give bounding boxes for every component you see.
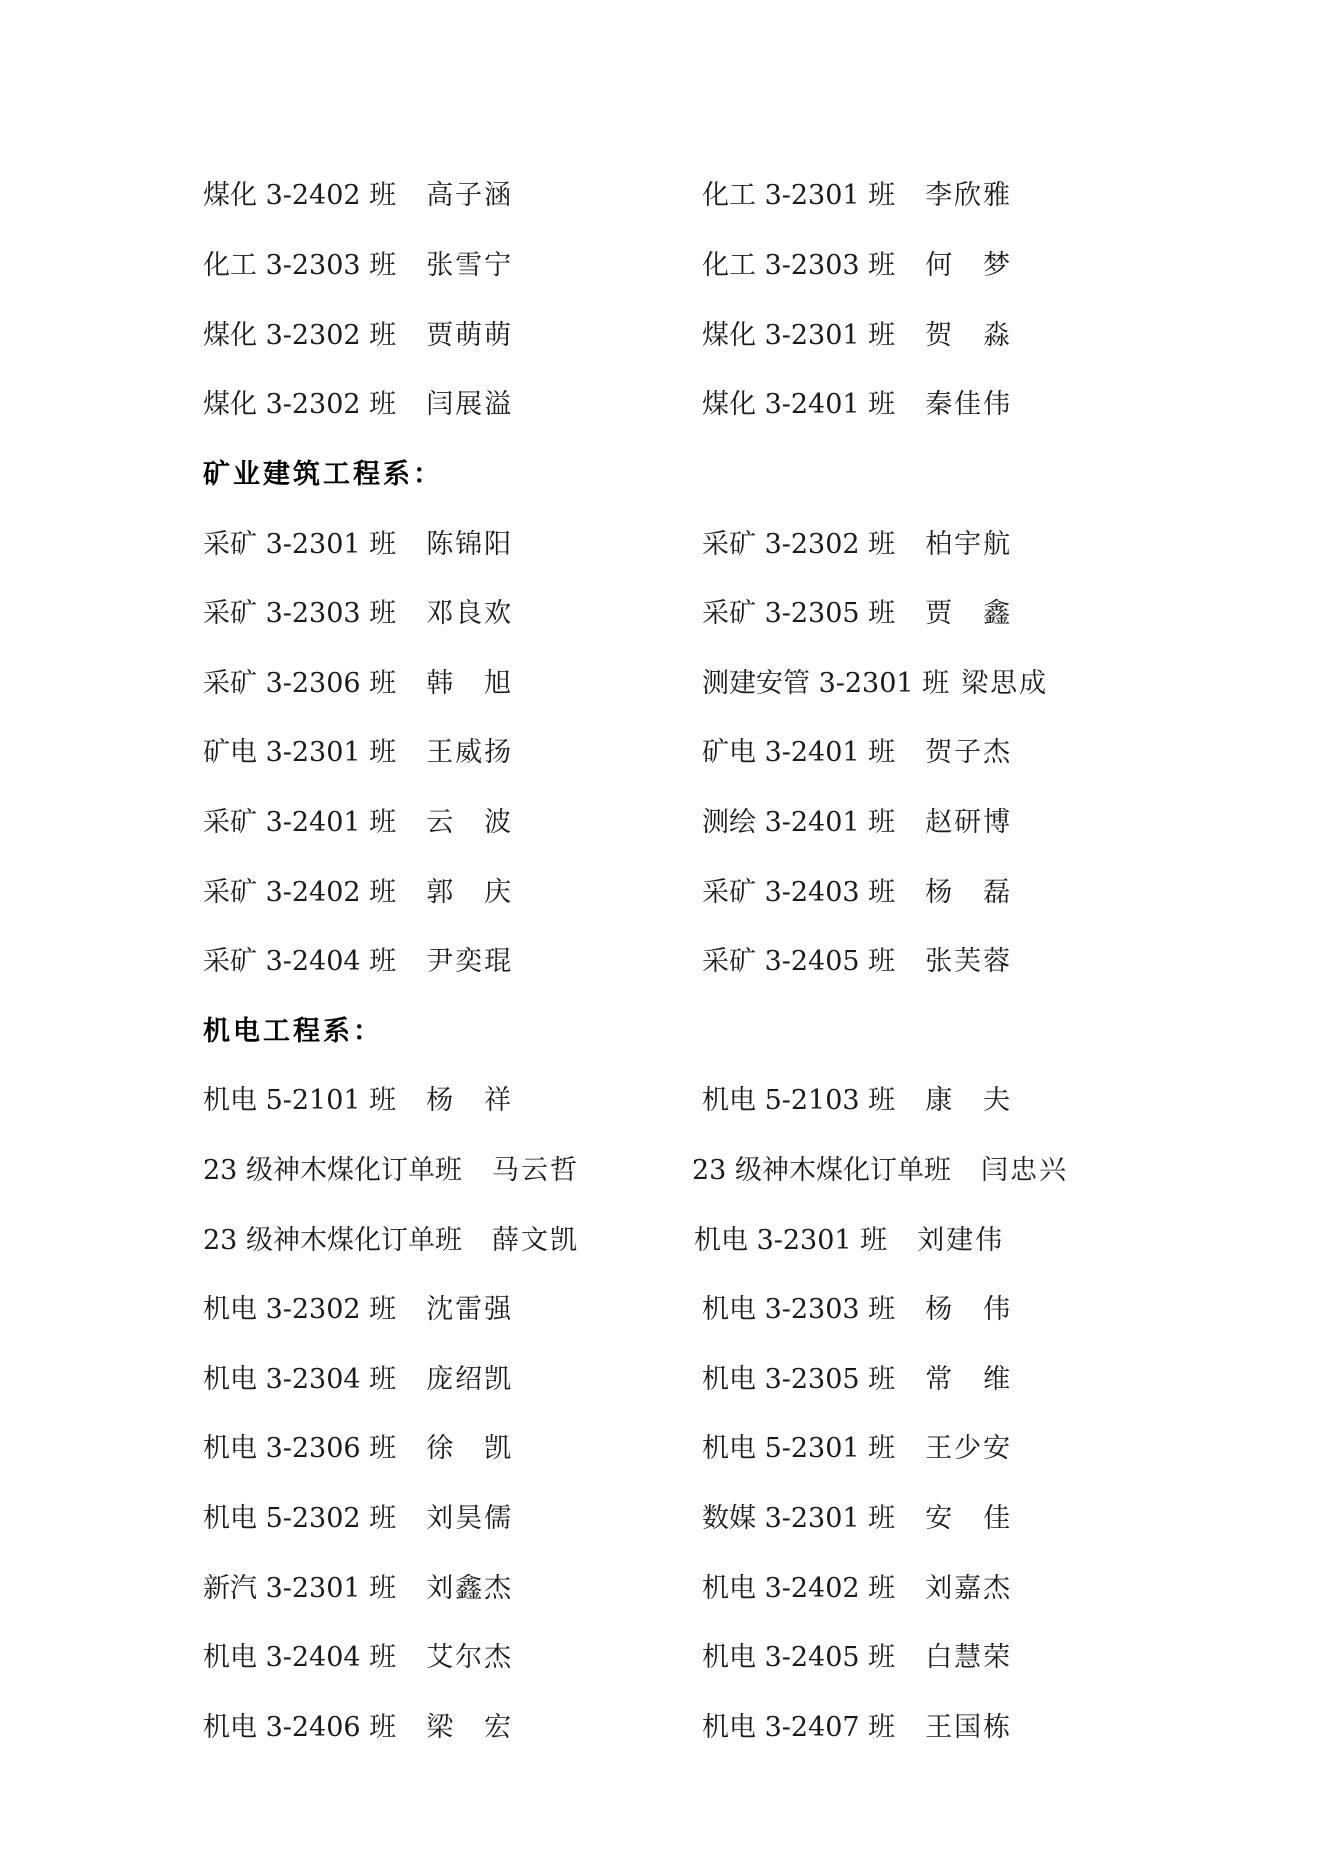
list-row: 机电 5-2101 班杨 祥 机电 5-2103 班康 夫 xyxy=(0,1081,1322,1121)
entry-right: 数媒 3-2301 班安 佳 xyxy=(702,1499,1012,1539)
class-name: 数媒 3-2301 班 xyxy=(702,1499,895,1539)
student-name: 尹奕琨 xyxy=(426,942,513,982)
class-name: 机电 3-2402 班 xyxy=(702,1569,895,1609)
class-name: 机电 3-2305 班 xyxy=(702,1360,895,1400)
student-name: 柏宇航 xyxy=(925,525,1012,565)
entry-left: 采矿 3-2404 班尹奕琨 xyxy=(203,942,513,982)
student-name: 安 佳 xyxy=(925,1499,1012,1539)
student-name: 白慧荣 xyxy=(925,1638,1012,1678)
entry-left: 矿电 3-2301 班王威扬 xyxy=(203,733,513,773)
entry-right: 机电 5-2301 班王少安 xyxy=(702,1429,1012,1469)
student-name: 张雪宁 xyxy=(426,246,513,286)
document-page: 煤化 3-2402 班高子涵 化工 3-2301 班李欣雅 化工 3-2303 … xyxy=(0,0,1322,1871)
student-name: 陈锦阳 xyxy=(426,525,513,565)
class-name: 机电 5-2101 班 xyxy=(203,1081,396,1121)
list-row: 采矿 3-2401 班云 波 测绘 3-2401 班赵研博 xyxy=(0,803,1322,843)
student-name: 杨 伟 xyxy=(925,1290,1012,1330)
entry-right: 采矿 3-2405 班张芙蓉 xyxy=(702,942,1012,982)
entry-left: 采矿 3-2402 班郭 庆 xyxy=(203,873,513,913)
entry-right: 测绘 3-2401 班赵研博 xyxy=(702,803,1012,843)
class-name: 化工 3-2301 班 xyxy=(702,176,895,216)
list-row: 采矿 3-2301 班陈锦阳 采矿 3-2302 班柏宇航 xyxy=(0,525,1322,565)
student-name: 刘鑫杰 xyxy=(426,1569,513,1609)
class-name: 机电 3-2406 班 xyxy=(203,1708,396,1748)
entry-right: 机电 3-2407 班王国栋 xyxy=(702,1708,1012,1748)
student-name: 刘嘉杰 xyxy=(925,1569,1012,1609)
class-name: 煤化 3-2402 班 xyxy=(203,176,396,216)
class-name: 机电 3-2404 班 xyxy=(203,1638,396,1678)
class-name: 煤化 3-2302 班 xyxy=(203,316,396,356)
list-row: 23 级神木煤化订单班马云哲 23 级神木煤化订单班闫忠兴 xyxy=(0,1151,1322,1191)
student-name: 张芙蓉 xyxy=(925,942,1012,982)
student-name: 杨 磊 xyxy=(925,873,1012,913)
student-name: 闫忠兴 xyxy=(981,1151,1068,1191)
class-name: 化工 3-2303 班 xyxy=(702,246,895,286)
student-name: 刘昊儒 xyxy=(426,1499,513,1539)
class-name: 测建安管 3-2301 班 xyxy=(702,664,949,704)
class-name: 机电 3-2303 班 xyxy=(702,1290,895,1330)
class-name: 矿电 3-2301 班 xyxy=(203,733,396,773)
entry-right: 测建安管 3-2301 班梁思成 xyxy=(702,664,1048,704)
entry-left: 煤化 3-2302 班贾萌萌 xyxy=(203,316,513,356)
student-name: 秦佳伟 xyxy=(925,385,1012,425)
student-name: 王威扬 xyxy=(426,733,513,773)
student-name: 云 波 xyxy=(426,803,513,843)
student-name: 郭 庆 xyxy=(426,873,513,913)
entry-left: 煤化 3-2302 班闫展溢 xyxy=(203,385,513,425)
class-name: 测绘 3-2401 班 xyxy=(702,803,895,843)
entry-left: 新汽 3-2301 班刘鑫杰 xyxy=(203,1569,513,1609)
entry-right: 23 级神木煤化订单班闫忠兴 xyxy=(692,1151,1068,1191)
entry-right: 化工 3-2301 班李欣雅 xyxy=(702,176,1012,216)
list-row: 煤化 3-2302 班闫展溢 煤化 3-2401 班秦佳伟 xyxy=(0,385,1322,425)
list-row: 机电 3-2306 班徐 凯 机电 5-2301 班王少安 xyxy=(0,1429,1322,1469)
entry-right: 机电 3-2301 班刘建伟 xyxy=(694,1221,1004,1261)
entry-right: 机电 3-2303 班杨 伟 xyxy=(702,1290,1012,1330)
class-name: 新汽 3-2301 班 xyxy=(203,1569,396,1609)
student-name: 王少安 xyxy=(925,1429,1012,1469)
list-row: 23 级神木煤化订单班薛文凯 机电 3-2301 班刘建伟 xyxy=(0,1221,1322,1261)
class-name: 机电 3-2407 班 xyxy=(702,1708,895,1748)
entry-left: 煤化 3-2402 班高子涵 xyxy=(203,176,513,216)
list-row: 机电 3-2302 班沈雷强 机电 3-2303 班杨 伟 xyxy=(0,1290,1322,1330)
class-name: 采矿 3-2404 班 xyxy=(203,942,396,982)
class-name: 采矿 3-2405 班 xyxy=(702,942,895,982)
class-name: 机电 5-2302 班 xyxy=(203,1499,396,1539)
student-name: 韩 旭 xyxy=(426,664,513,704)
class-name: 采矿 3-2305 班 xyxy=(702,594,895,634)
list-row: 采矿 3-2404 班尹奕琨 采矿 3-2405 班张芙蓉 xyxy=(0,942,1322,982)
class-name: 采矿 3-2302 班 xyxy=(702,525,895,565)
entry-right: 机电 5-2103 班康 夫 xyxy=(702,1081,1012,1121)
entry-left: 机电 5-2302 班刘昊儒 xyxy=(203,1499,513,1539)
section-heading-electromechanical: 机电工程系： xyxy=(203,1012,383,1052)
class-name: 机电 3-2405 班 xyxy=(702,1638,895,1678)
class-name: 23 级神木煤化订单班 xyxy=(203,1151,462,1191)
student-name: 庞绍凯 xyxy=(426,1360,513,1400)
list-row: 机电 3-2404 班艾尔杰 机电 3-2405 班白慧荣 xyxy=(0,1638,1322,1678)
list-row: 机电 3-2406 班梁 宏 机电 3-2407 班王国栋 xyxy=(0,1708,1322,1748)
list-row: 机电 3-2304 班庞绍凯 机电 3-2305 班常 维 xyxy=(0,1360,1322,1400)
entry-right: 矿电 3-2401 班贺子杰 xyxy=(702,733,1012,773)
entry-left: 机电 3-2302 班沈雷强 xyxy=(203,1290,513,1330)
class-name: 煤化 3-2401 班 xyxy=(702,385,895,425)
student-name: 王国栋 xyxy=(925,1708,1012,1748)
class-name: 23 级神木煤化订单班 xyxy=(203,1221,462,1261)
student-name: 马云哲 xyxy=(492,1151,579,1191)
class-name: 机电 3-2306 班 xyxy=(203,1429,396,1469)
student-name: 梁思成 xyxy=(961,664,1048,704)
entry-left: 23 级神木煤化订单班薛文凯 xyxy=(203,1221,579,1261)
list-row: 采矿 3-2303 班邓良欢 采矿 3-2305 班贾 鑫 xyxy=(0,594,1322,634)
class-name: 采矿 3-2303 班 xyxy=(203,594,396,634)
entry-right: 采矿 3-2302 班柏宇航 xyxy=(702,525,1012,565)
student-name: 康 夫 xyxy=(925,1081,1012,1121)
list-row: 新汽 3-2301 班刘鑫杰 机电 3-2402 班刘嘉杰 xyxy=(0,1569,1322,1609)
class-name: 采矿 3-2301 班 xyxy=(203,525,396,565)
entry-right: 煤化 3-2301 班贺 淼 xyxy=(702,316,1012,356)
student-name: 贾萌萌 xyxy=(426,316,513,356)
list-row: 化工 3-2303 班张雪宁 化工 3-2303 班何 梦 xyxy=(0,246,1322,286)
list-row: 煤化 3-2402 班高子涵 化工 3-2301 班李欣雅 xyxy=(0,176,1322,216)
class-name: 化工 3-2303 班 xyxy=(203,246,396,286)
student-name: 贺子杰 xyxy=(925,733,1012,773)
list-row: 煤化 3-2302 班贾萌萌 煤化 3-2301 班贺 淼 xyxy=(0,316,1322,356)
entry-left: 采矿 3-2401 班云 波 xyxy=(203,803,513,843)
class-name: 23 级神木煤化订单班 xyxy=(692,1151,951,1191)
student-name: 杨 祥 xyxy=(426,1081,513,1121)
student-name: 梁 宏 xyxy=(426,1708,513,1748)
entry-right: 化工 3-2303 班何 梦 xyxy=(702,246,1012,286)
student-name: 薛文凯 xyxy=(492,1221,579,1261)
entry-right: 采矿 3-2305 班贾 鑫 xyxy=(702,594,1012,634)
class-name: 采矿 3-2403 班 xyxy=(702,873,895,913)
student-name: 邓良欢 xyxy=(426,594,513,634)
student-name: 何 梦 xyxy=(925,246,1012,286)
class-name: 机电 5-2301 班 xyxy=(702,1429,895,1469)
entry-left: 机电 3-2406 班梁 宏 xyxy=(203,1708,513,1748)
student-name: 常 维 xyxy=(925,1360,1012,1400)
student-name: 沈雷强 xyxy=(426,1290,513,1330)
entry-left: 采矿 3-2301 班陈锦阳 xyxy=(203,525,513,565)
student-name: 贺 淼 xyxy=(925,316,1012,356)
list-row: 采矿 3-2306 班韩 旭 测建安管 3-2301 班梁思成 xyxy=(0,664,1322,704)
entry-right: 机电 3-2402 班刘嘉杰 xyxy=(702,1569,1012,1609)
class-name: 机电 3-2302 班 xyxy=(203,1290,396,1330)
entry-left: 23 级神木煤化订单班马云哲 xyxy=(203,1151,579,1191)
entry-left: 机电 3-2404 班艾尔杰 xyxy=(203,1638,513,1678)
list-row: 采矿 3-2402 班郭 庆 采矿 3-2403 班杨 磊 xyxy=(0,873,1322,913)
student-name: 高子涵 xyxy=(426,176,513,216)
class-name: 煤化 3-2301 班 xyxy=(702,316,895,356)
student-name: 赵研博 xyxy=(925,803,1012,843)
entry-right: 机电 3-2405 班白慧荣 xyxy=(702,1638,1012,1678)
class-name: 采矿 3-2306 班 xyxy=(203,664,396,704)
entry-left: 机电 3-2306 班徐 凯 xyxy=(203,1429,513,1469)
class-name: 矿电 3-2401 班 xyxy=(702,733,895,773)
student-name: 李欣雅 xyxy=(925,176,1012,216)
class-name: 机电 3-2304 班 xyxy=(203,1360,396,1400)
student-name: 刘建伟 xyxy=(917,1221,1004,1261)
student-name: 贾 鑫 xyxy=(925,594,1012,634)
entry-right: 采矿 3-2403 班杨 磊 xyxy=(702,873,1012,913)
class-name: 采矿 3-2401 班 xyxy=(203,803,396,843)
list-row: 机电 5-2302 班刘昊儒 数媒 3-2301 班安 佳 xyxy=(0,1499,1322,1539)
student-name: 徐 凯 xyxy=(426,1429,513,1469)
entry-left: 采矿 3-2306 班韩 旭 xyxy=(203,664,513,704)
class-name: 煤化 3-2302 班 xyxy=(203,385,396,425)
list-row: 矿电 3-2301 班王威扬 矿电 3-2401 班贺子杰 xyxy=(0,733,1322,773)
entry-left: 化工 3-2303 班张雪宁 xyxy=(203,246,513,286)
entry-right: 机电 3-2305 班常 维 xyxy=(702,1360,1012,1400)
entry-left: 采矿 3-2303 班邓良欢 xyxy=(203,594,513,634)
section-heading-mining: 矿业建筑工程系： xyxy=(203,455,443,495)
student-name: 艾尔杰 xyxy=(426,1638,513,1678)
student-name: 闫展溢 xyxy=(426,385,513,425)
class-name: 机电 5-2103 班 xyxy=(702,1081,895,1121)
entry-left: 机电 3-2304 班庞绍凯 xyxy=(203,1360,513,1400)
entry-right: 煤化 3-2401 班秦佳伟 xyxy=(702,385,1012,425)
class-name: 采矿 3-2402 班 xyxy=(203,873,396,913)
entry-left: 机电 5-2101 班杨 祥 xyxy=(203,1081,513,1121)
class-name: 机电 3-2301 班 xyxy=(694,1221,887,1261)
